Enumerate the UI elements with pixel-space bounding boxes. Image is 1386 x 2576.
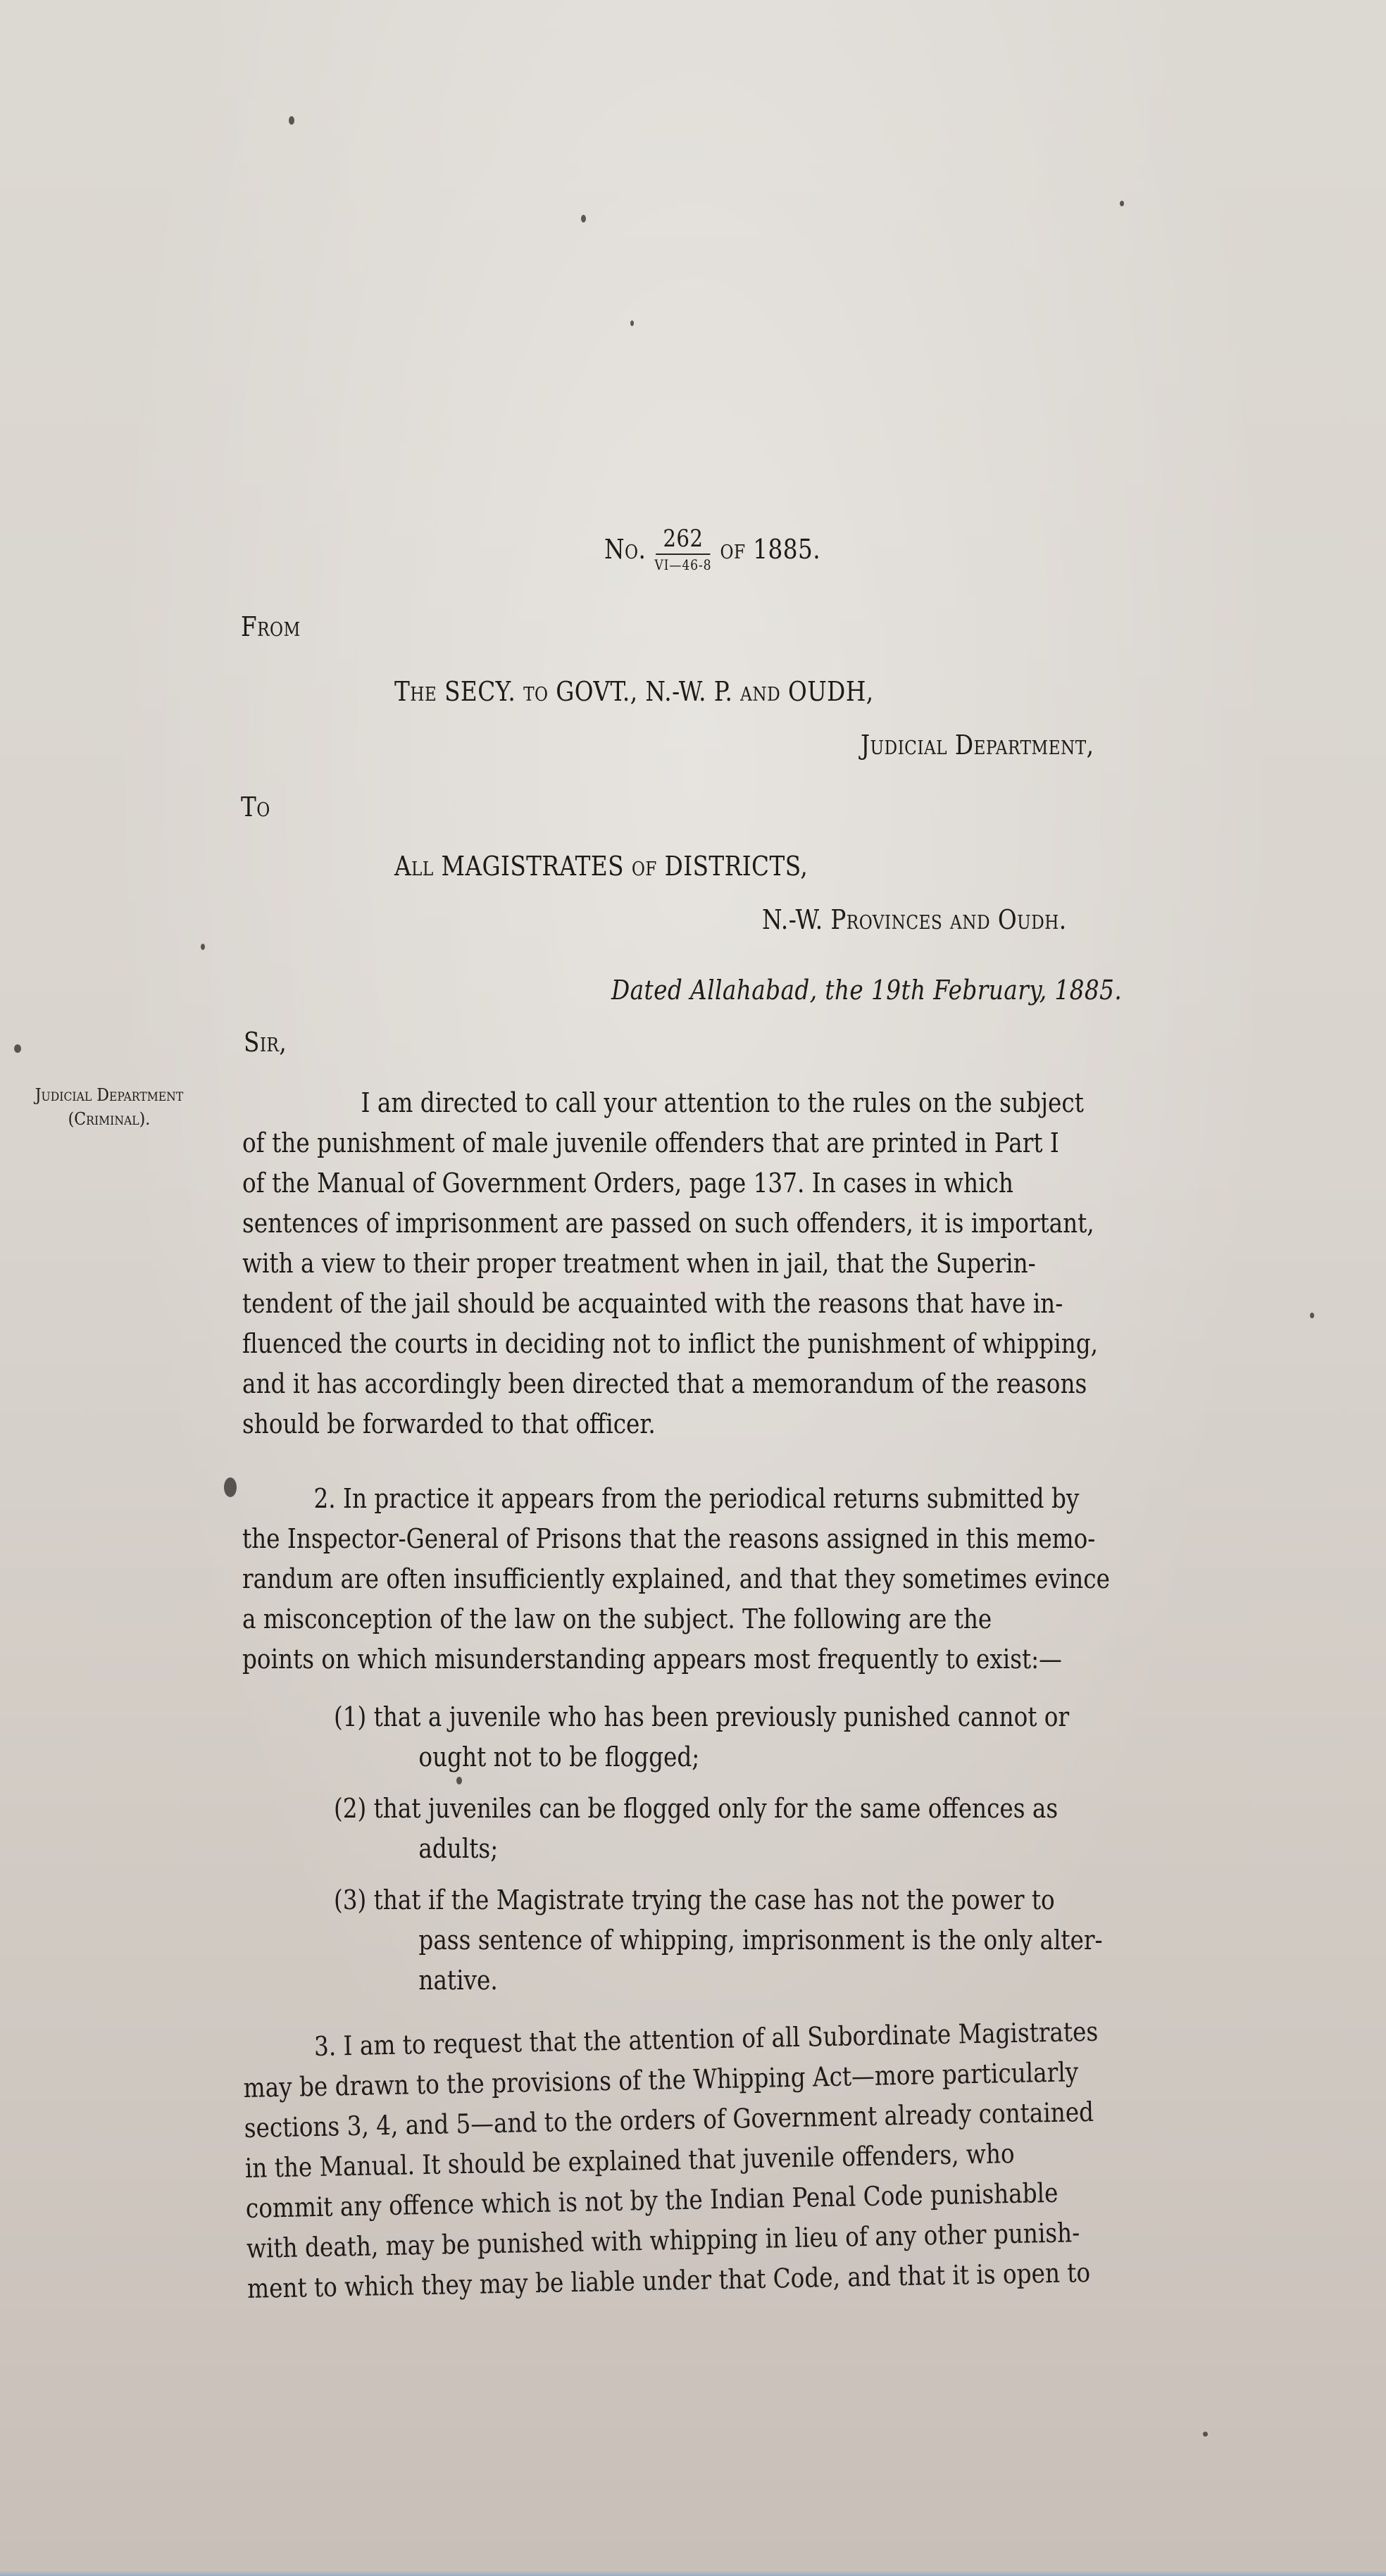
paragraph-line: with a view to their proper treatment wh…	[242, 1244, 1120, 1284]
page-bottom-edge	[0, 2570, 1386, 2576]
point-line: adults;	[334, 1829, 1058, 1869]
point-line: pass sentence of whipping, imprisonment …	[334, 1920, 1103, 1961]
paper-speck	[456, 1777, 462, 1784]
point-2: (2) that juveniles can be flogged only f…	[334, 1789, 1176, 1869]
point-line: (1) that a juvenile who has been previou…	[334, 1697, 1069, 1737]
number-numerator: 262	[656, 527, 711, 555]
reference-number: No. 262 VI—46-8 of 1885.	[604, 527, 820, 572]
number-fraction: 262 VI—46-8	[654, 527, 711, 572]
paragraph-1: I am directed to call your attention to …	[242, 1083, 1263, 1444]
paragraph-line: should be forwarded to that officer.	[242, 1404, 1120, 1444]
paragraph-line: and it has accordingly been directed tha…	[242, 1364, 1120, 1404]
paragraph-line: I am directed to call your attention to …	[242, 1083, 1120, 1123]
point-3: (3) that if the Magistrate trying the ca…	[334, 1880, 1228, 2001]
number-denominator: VI—46-8	[654, 555, 711, 572]
to-label: To	[241, 792, 270, 823]
recipient-region: N.-W. Provinces and Oudh.	[762, 904, 1067, 935]
point-line: (3) that if the Magistrate trying the ca…	[334, 1880, 1103, 1920]
salutation: Sir,	[244, 1027, 287, 1058]
paper-speck	[1310, 1313, 1314, 1318]
paragraph-line: 2. In practice it appears from the perio…	[242, 1479, 1120, 1519]
sender-line: The SECY. to GOVT., N.-W. P. and OUDH,	[394, 676, 874, 707]
paragraph-line: the Inspector-General of Prisons that th…	[242, 1519, 1120, 1559]
paragraph-line: randum are often insufficiently explaine…	[242, 1559, 1120, 1599]
paper-speck	[581, 215, 586, 223]
point-line: native.	[334, 1961, 1103, 2001]
paper-speck	[289, 116, 294, 125]
paragraph-line: points on which misunderstanding appears…	[242, 1639, 1120, 1680]
paragraph-line: sentences of imprisonment are passed on …	[242, 1203, 1120, 1244]
paper-speck	[1203, 2432, 1208, 2437]
paragraph-2: 2. In practice it appears from the perio…	[242, 1479, 1263, 1680]
point-1: (1) that a juvenile who has been previou…	[334, 1697, 1189, 1777]
dateline: Dated Allahabad, the 19th February, 1885…	[611, 975, 1122, 1006]
paper-speck	[201, 944, 205, 950]
marginal-note-department: Judicial Department	[2, 1083, 216, 1107]
marginal-note: Judicial Department (Criminal).	[2, 1083, 216, 1131]
recipient-line: All MAGISTRATES of DISTRICTS,	[394, 851, 808, 882]
paragraph-line: a misconception of the law on the subjec…	[242, 1599, 1120, 1639]
number-suffix: of 1885.	[720, 534, 820, 565]
point-line: (2) that juveniles can be flogged only f…	[334, 1789, 1058, 1829]
paragraph-line: of the punishment of male juvenile offen…	[242, 1123, 1120, 1163]
paragraph-3: 3. I am to request that the attention of…	[242, 2008, 1268, 2309]
sender-department: Judicial Department,	[861, 730, 1094, 761]
paragraph-line: tendent of the jail should be acquainted…	[242, 1284, 1120, 1324]
paper-speck	[1120, 201, 1124, 206]
paragraph-line: of the Manual of Government Orders, page…	[242, 1163, 1120, 1203]
number-prefix: No.	[604, 534, 646, 565]
paper-speck	[224, 1477, 237, 1497]
paper-speck	[630, 320, 634, 326]
paper-speck	[14, 1044, 21, 1053]
marginal-note-criminal: (Criminal).	[2, 1107, 216, 1131]
from-label: From	[241, 611, 301, 642]
paragraph-line: fluenced the courts in deciding not to i…	[242, 1324, 1120, 1364]
point-line: ought not to be flogged;	[334, 1737, 1069, 1777]
